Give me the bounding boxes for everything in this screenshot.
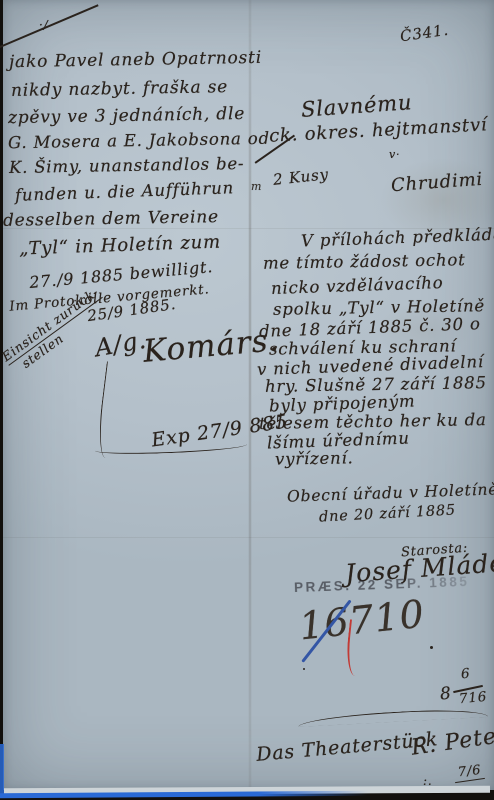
salutation-city: Chrudimi [390,169,483,196]
horizontal-crease [3,537,494,538]
dispatch-underline-flourish [95,439,247,455]
salutation-line: Slavnému [300,90,413,122]
fold-mark: m [251,180,262,193]
presentation-date-stamp: PRÆS. 22 SEP. 1885 [294,574,470,595]
bottom-fraction: 7/6 [457,763,482,780]
manuscript-line: nikdy nazbyt. fraška se [11,77,228,101]
body-line: me tímto žádost ochot [263,250,466,273]
bottom-flourish-line [298,707,488,727]
manuscript-line: desselben dem Vereine [3,207,219,231]
manuscript-line: jako Pavel aneb Opatrnosti [9,48,262,72]
tally-whole: 8 [439,684,452,705]
paper-sheet: ·/ jako Pavel aneb Opatrnosti nikdy nazb… [3,0,494,790]
salutation-preposition: v· [389,148,400,161]
corner-mark: ·/ [39,18,48,32]
manuscript-line: G. Mosera a E. Jakobsona od [8,129,270,153]
place-line: Obecní úřadu v Holetíně [287,480,494,505]
vertical-fold-crease [249,0,251,790]
date-line: dne 20 září 1885 [319,502,457,525]
manuscript-line: zpěvy ve 3 jednáních, dle [8,104,245,128]
clerk-initials: A/g. [93,326,149,363]
reference-number: Č341. [399,21,450,46]
blue-sheet-edge-left [0,744,4,794]
bottom-signature: R. Peter [410,722,494,760]
ink-dot [430,646,433,649]
manuscript-line: K. Šimy, unanstandlos be- [9,154,245,177]
tally-numerator: 6 [460,666,471,683]
body-line: vyřízení. [275,448,354,468]
enclosures-note: 2 Kusy [272,165,329,189]
ink-dot [303,668,305,670]
manuscript-line: funden u. die Aufführun [15,178,235,205]
manuscript-line: „Tyl“ in Holetín zum [19,231,222,259]
corner-pen-stroke [0,4,98,49]
tally-denominator: 716 [458,689,487,707]
body-line: nicko vzdělávacího [271,273,444,298]
document-scan: ·/ jako Pavel aneb Opatrnosti nikdy nazb… [0,0,494,800]
